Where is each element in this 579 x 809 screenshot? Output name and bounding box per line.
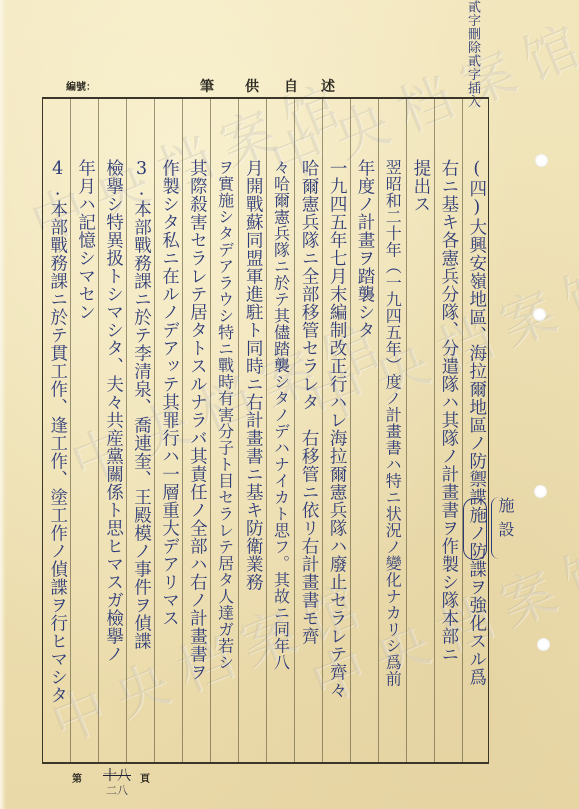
text-column: 右ニ基キ各憲兵分隊、分遣隊ハ其隊ノ計畫書ヲ作製シ隊本部ニ: [434, 99, 462, 762]
handwritten-line: 3.本部戰務課ニ於テ李清泉、喬連奎、王殿模ノ事件ヲ偵諜: [132, 159, 150, 650]
text-column: 年月ハ記憶シマセン: [71, 99, 99, 762]
handwritten-line: 檢擧シ特異扱トシマシタ、夫々共産黨關係ト思ヒマスガ檢擧ノ: [104, 159, 122, 663]
text-column: 提出ス: [406, 99, 434, 762]
deletion-circle: [463, 498, 487, 560]
handwritten-line: 作製シタ私ニ在ルノデアッテ其罪行ハ一層重大デアリマス: [160, 159, 178, 627]
punch-hole: [534, 485, 547, 498]
text-column: 其際殺害セラレテ居タトスルナラバ其責任ノ全部ハ右ノ計畫書ヲ: [183, 99, 211, 762]
text-column: 一九四五年七月末編制改正行ハレ海拉爾憲兵隊ハ廢止セラレテ齊々: [322, 99, 350, 762]
insertion-annotation: 施設: [491, 497, 517, 559]
text-column: 翌昭和二十年（一九四五年）度ノ計畫書ハ特ニ状況ノ變化ナカリシ爲前: [378, 99, 406, 762]
handwritten-line: 年月ハ記憶シマセン: [76, 159, 94, 321]
text-column: 月開戰蘇同盟軍進駐ト同時ニ右計畫書ニ基キ防衛業務: [239, 99, 267, 762]
page-number-corrected: 二八: [106, 782, 128, 798]
text-column: 3.本部戰務課ニ於テ李清泉、喬連奎、王殿模ノ事件ヲ偵諜: [127, 99, 155, 762]
text-column: ヲ實施シタデアラウシ特ニ戰時有害分子ト目セラレテ居タ人達ガ若シ: [211, 99, 239, 762]
text-column: 作製シタ私ニ在ルノデアッテ其罪行ハ一層重大デアリマス: [155, 99, 183, 762]
handwritten-line: 哈爾憲兵隊ニ全部移管セラレタ 右移管ニ依リ右計畫書モ齊: [300, 159, 318, 645]
form-title-char: 自: [284, 76, 298, 96]
punch-hole: [537, 638, 550, 651]
handwritten-line: ヲ實施シタデアラウシ特ニ戰時有害分子ト目セラレテ居タ人達ガ若シ: [217, 159, 233, 671]
text-column: 4.本部戰務課ニ於テ貫工作、逢工作、塗工作ノ偵諜ヲ行ヒマシタ: [43, 99, 71, 762]
text-column: 年度ノ計畫ヲ踏襲シタ: [350, 99, 378, 762]
handwritten-line: 翌昭和二十年（一九四五年）度ノ計畫書ハ特ニ状況ノ變化ナカリシ爲前: [384, 159, 400, 687]
text-column: 哈爾憲兵隊ニ全部移管セラレタ 右移管ニ依リ右計畫書モ齊: [294, 99, 322, 762]
paper-edge: [0, 0, 6, 809]
handwritten-line: 々哈爾憲兵隊ニ於テ其儘踏襲シタノデハナイカト思フ。其故ニ同年八: [272, 159, 288, 671]
handwritten-line: (四)大興安嶺地區、海拉爾地區ノ防禦諜施ノ防諜ヲ強化スル爲: [467, 159, 485, 686]
handwritten-line: 提出ス: [411, 159, 429, 213]
handwritten-line: 年度ノ計畫ヲ踏襲シタ: [356, 159, 374, 339]
handwritten-line: 4.本部戰務課ニ於テ貫工作、逢工作、塗工作ノ偵諜ヲ行ヒマシタ: [48, 159, 66, 704]
form-title-char: 述: [321, 76, 335, 96]
handwritten-line: 一九四五年七月末編制改正行ハレ海拉爾憲兵隊ハ廢止セラレテ齊々: [328, 159, 346, 699]
handwritten-line: 其際殺害セラレテ居タトスルナラバ其責任ノ全部ハ右ノ計畫書ヲ: [188, 159, 206, 681]
text-column: (四)大興安嶺地區、海拉爾地區ノ防禦諜施ノ防諜ヲ強化スル爲: [462, 99, 490, 762]
punch-hole: [535, 154, 548, 167]
form-title-char: 筆: [200, 76, 214, 96]
page-prefix: 第: [72, 770, 82, 785]
code-label: 編號：: [66, 78, 96, 93]
handwritten-line: 右ニ基キ各憲兵分隊、分遣隊ハ其隊ノ計畫書ヲ作製シ隊本部ニ: [439, 159, 457, 663]
form-footer: 第 十八 二八 頁: [0, 764, 579, 804]
form-title-char: 供: [245, 76, 259, 96]
form-header: 編號： 筆 供 自 述: [0, 76, 579, 96]
text-column: 檢擧シ特異扱トシマシタ、夫々共産黨關係ト思ヒマスガ檢擧ノ: [99, 99, 127, 762]
page-suffix: 頁: [140, 770, 150, 785]
punch-hole: [533, 308, 546, 321]
ruled-writing-grid: (四)大興安嶺地區、海拉爾地區ノ防禦諜施ノ防諜ヲ強化スル爲右ニ基キ各憲兵分隊、分…: [42, 97, 489, 764]
handwritten-line: 月開戰蘇同盟軍進駐ト同時ニ右計畫書ニ基キ防衛業務: [244, 159, 262, 591]
text-column: 々哈爾憲兵隊ニ於テ其儘踏襲シタノデハナイカト思フ。其故ニ同年八: [267, 99, 295, 762]
